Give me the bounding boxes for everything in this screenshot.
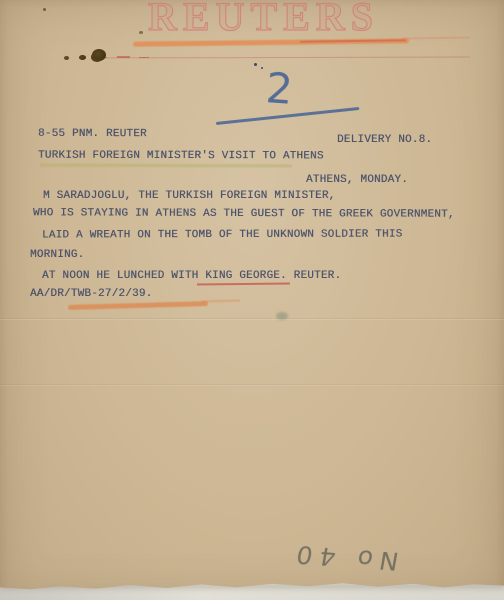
ink-speck	[43, 8, 46, 11]
ink-blot	[92, 49, 106, 61]
headline-line: TURKISH FOREIGN MINISTER'S VISIT TO ATHE…	[38, 150, 324, 163]
body-line: M SARADJOGLU, THE TURKISH FOREIGN MINIST…	[43, 190, 335, 202]
ink-blot	[64, 56, 69, 60]
handwritten-note: No 40	[285, 534, 404, 581]
body-line: WHO IS STAYING IN ATHENS AS THE GUEST OF…	[33, 207, 455, 220]
letterhead-crayon-tail	[402, 37, 470, 39]
ink-blot	[79, 55, 86, 60]
body-line: MORNING.	[30, 249, 84, 261]
ink-speck	[139, 31, 143, 34]
ink-speck	[254, 63, 257, 66]
headline-underline	[40, 164, 292, 167]
telegram-paper: REUTERS 2 8-55 PNM. REUTER DELIVERY NO.8…	[0, 0, 504, 600]
fold-crease	[0, 384, 504, 385]
closing-prefix: AT NOON HE LUNCHED WITH	[42, 270, 205, 282]
red-dash-mark	[117, 56, 130, 58]
reference-crayon-underline-tail	[202, 299, 240, 302]
delivery-number-line: DELIVERY NO.8.	[337, 134, 432, 146]
handwritten-page-number: 2	[264, 63, 294, 114]
closing-line: AT NOON HE LUNCHED WITH KING GEORGE. REU…	[42, 270, 341, 282]
fold-crease	[0, 318, 504, 319]
closing-underlined-text: KING GEORGE. REUTER.	[205, 270, 341, 282]
reference-line: AA/DR/TWB-27/2/39.	[30, 288, 152, 300]
ink-speck	[261, 67, 263, 69]
time-line: 8-55 PNM. REUTER	[38, 128, 147, 140]
red-pencil-underline	[197, 283, 290, 286]
reuters-letterhead: REUTERS	[148, 0, 379, 40]
thin-red-rule	[95, 57, 470, 59]
red-dash-mark	[139, 57, 149, 59]
reference-crayon-underline	[68, 301, 208, 309]
body-line: LAID A WREATH ON THE TOMB OF THE UNKNOWN…	[42, 229, 402, 242]
dateline: ATHENS, MONDAY.	[306, 174, 408, 186]
